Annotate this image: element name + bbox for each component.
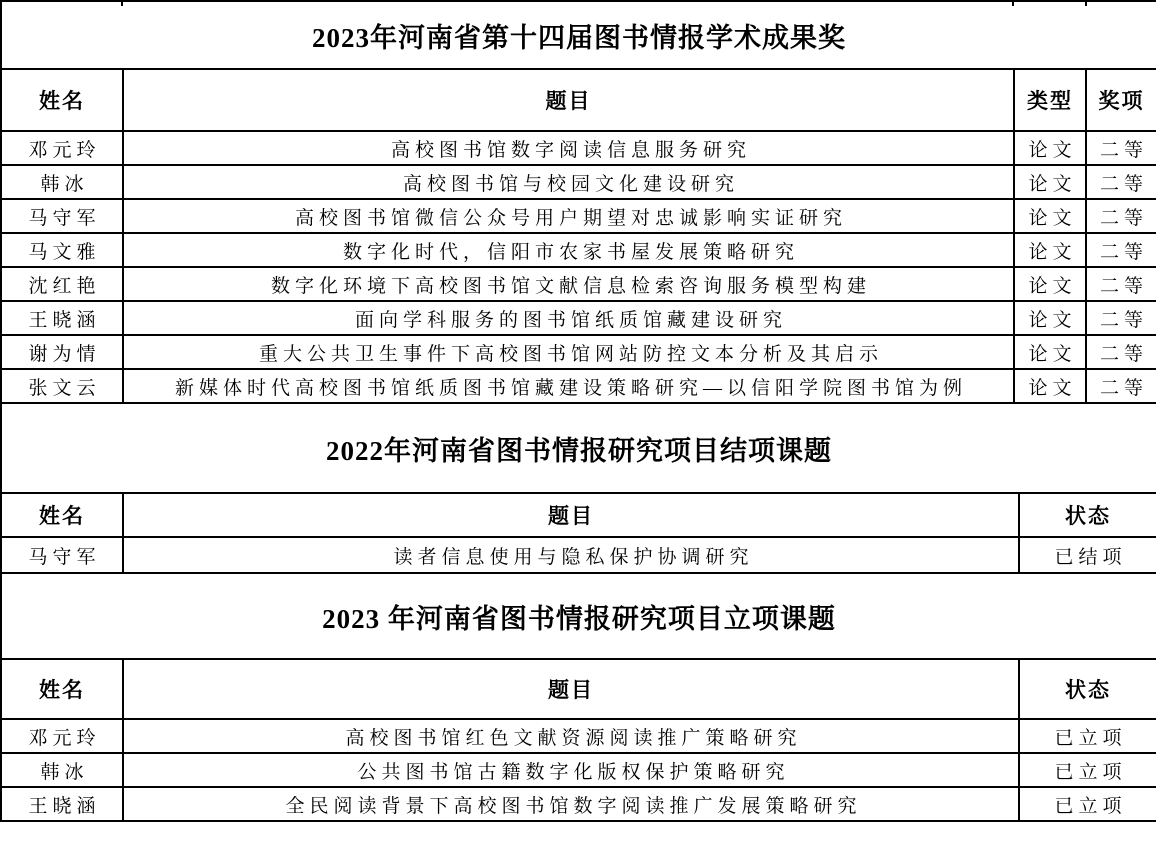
project-title: 公共图书馆古籍数字化版权保护策略研究 [123,753,1019,787]
author-name: 张文云 [1,369,123,403]
paper-title: 高校图书馆微信公众号用户期望对忠诚影响实证研究 [123,199,1014,233]
project-title: 高校图书馆红色文献资源阅读推广策略研究 [123,719,1019,753]
entry-type: 论文 [1014,267,1086,301]
table-row: 韩冰 公共图书馆古籍数字化版权保护策略研究 已立项 [1,753,1156,787]
table-row: 张文云 新媒体时代高校图书馆纸质图书馆藏建设策略研究—以信阳学院图书馆为例 论文… [1,369,1156,403]
cutoff-column-divider [1085,0,1087,6]
entry-type: 论文 [1014,165,1086,199]
table-header-row: 姓名 题目 状态 [1,493,1156,537]
author-name: 邓元玲 [1,131,123,165]
cutoff-column-divider [1012,0,1014,6]
column-header-name: 姓名 [1,659,123,719]
author-name: 沈红艳 [1,267,123,301]
table-row: 沈红艳 数字化环境下高校图书馆文献信息检索咨询服务模型构建 论文 二等 [1,267,1156,301]
project-title: 全民阅读背景下高校图书馆数字阅读推广发展策略研究 [123,787,1019,821]
document-page: 2023年河南省第十四届图书情报学术成果奖 姓名 题目 类型 奖项 邓元玲 高校… [0,0,1156,860]
author-name: 马文雅 [1,233,123,267]
project-title: 读者信息使用与隐私保护协调研究 [123,537,1019,573]
award-level: 二等 [1086,131,1156,165]
paper-title: 数字化时代，信阳市农家书屋发展策略研究 [123,233,1014,267]
author-name: 王晓涵 [1,301,123,335]
column-header-name: 姓名 [1,493,123,537]
author-name: 韩冰 [1,165,123,199]
project-status: 已结项 [1019,537,1156,573]
table-row: 王晓涵 面向学科服务的图书馆纸质馆藏建设研究 论文 二等 [1,301,1156,335]
award-level: 二等 [1086,335,1156,369]
author-name: 王晓涵 [1,787,123,821]
entry-type: 论文 [1014,301,1086,335]
award-level: 二等 [1086,199,1156,233]
awards-table-2023: 2023年河南省第十四届图书情报学术成果奖 姓名 题目 类型 奖项 邓元玲 高校… [0,0,1156,404]
cutoff-column-divider [121,0,123,6]
section-title-row: 2023年河南省第十四届图书情报学术成果奖 [1,1,1156,69]
award-level: 二等 [1086,301,1156,335]
author-name: 谢为情 [1,335,123,369]
section-title-row: 2022年河南省图书情报研究项目结项课题 [1,403,1156,493]
paper-title: 新媒体时代高校图书馆纸质图书馆藏建设策略研究—以信阳学院图书馆为例 [123,369,1014,403]
paper-title: 重大公共卫生事件下高校图书馆网站防控文本分析及其启示 [123,335,1014,369]
author-name: 韩冰 [1,753,123,787]
table-row: 马守军 高校图书馆微信公众号用户期望对忠诚影响实证研究 论文 二等 [1,199,1156,233]
column-header-award: 奖项 [1086,69,1156,131]
entry-type: 论文 [1014,369,1086,403]
column-header-title: 题目 [123,493,1019,537]
paper-title: 高校图书馆与校园文化建设研究 [123,165,1014,199]
column-header-name: 姓名 [1,69,123,131]
entry-type: 论文 [1014,335,1086,369]
section-title-concluded: 2022年河南省图书情报研究项目结项课题 [1,403,1156,493]
table-row: 邓元玲 高校图书馆数字阅读信息服务研究 论文 二等 [1,131,1156,165]
concluded-projects-table-2022: 2022年河南省图书情报研究项目结项课题 姓名 题目 状态 马守军 读者信息使用… [0,402,1156,574]
table-row: 王晓涵 全民阅读背景下高校图书馆数字阅读推广发展策略研究 已立项 [1,787,1156,821]
award-level: 二等 [1086,369,1156,403]
paper-title: 数字化环境下高校图书馆文献信息检索咨询服务模型构建 [123,267,1014,301]
table-row: 邓元玲 高校图书馆红色文献资源阅读推广策略研究 已立项 [1,719,1156,753]
table-row: 韩冰 高校图书馆与校园文化建设研究 论文 二等 [1,165,1156,199]
column-header-title: 题目 [123,69,1014,131]
table-row: 马守军 读者信息使用与隐私保护协调研究 已结项 [1,537,1156,573]
award-level: 二等 [1086,267,1156,301]
column-header-status: 状态 [1019,493,1156,537]
section-title-approved: 2023 年河南省图书情报研究项目立项课题 [1,573,1156,659]
entry-type: 论文 [1014,233,1086,267]
author-name: 马守军 [1,199,123,233]
author-name: 邓元玲 [1,719,123,753]
table-row: 马文雅 数字化时代，信阳市农家书屋发展策略研究 论文 二等 [1,233,1156,267]
paper-title: 面向学科服务的图书馆纸质馆藏建设研究 [123,301,1014,335]
award-level: 二等 [1086,165,1156,199]
paper-title: 高校图书馆数字阅读信息服务研究 [123,131,1014,165]
entry-type: 论文 [1014,199,1086,233]
entry-type: 论文 [1014,131,1086,165]
project-status: 已立项 [1019,753,1156,787]
table-header-row: 姓名 题目 状态 [1,659,1156,719]
section-title-row: 2023 年河南省图书情报研究项目立项课题 [1,573,1156,659]
column-header-type: 类型 [1014,69,1086,131]
project-status: 已立项 [1019,787,1156,821]
author-name: 马守军 [1,537,123,573]
approved-projects-table-2023: 2023 年河南省图书情报研究项目立项课题 姓名 题目 状态 邓元玲 高校图书馆… [0,572,1156,822]
table-header-row: 姓名 题目 类型 奖项 [1,69,1156,131]
table-row: 谢为情 重大公共卫生事件下高校图书馆网站防控文本分析及其启示 论文 二等 [1,335,1156,369]
column-header-title: 题目 [123,659,1019,719]
column-header-status: 状态 [1019,659,1156,719]
project-status: 已立项 [1019,719,1156,753]
award-level: 二等 [1086,233,1156,267]
section-title-awards: 2023年河南省第十四届图书情报学术成果奖 [1,1,1156,69]
